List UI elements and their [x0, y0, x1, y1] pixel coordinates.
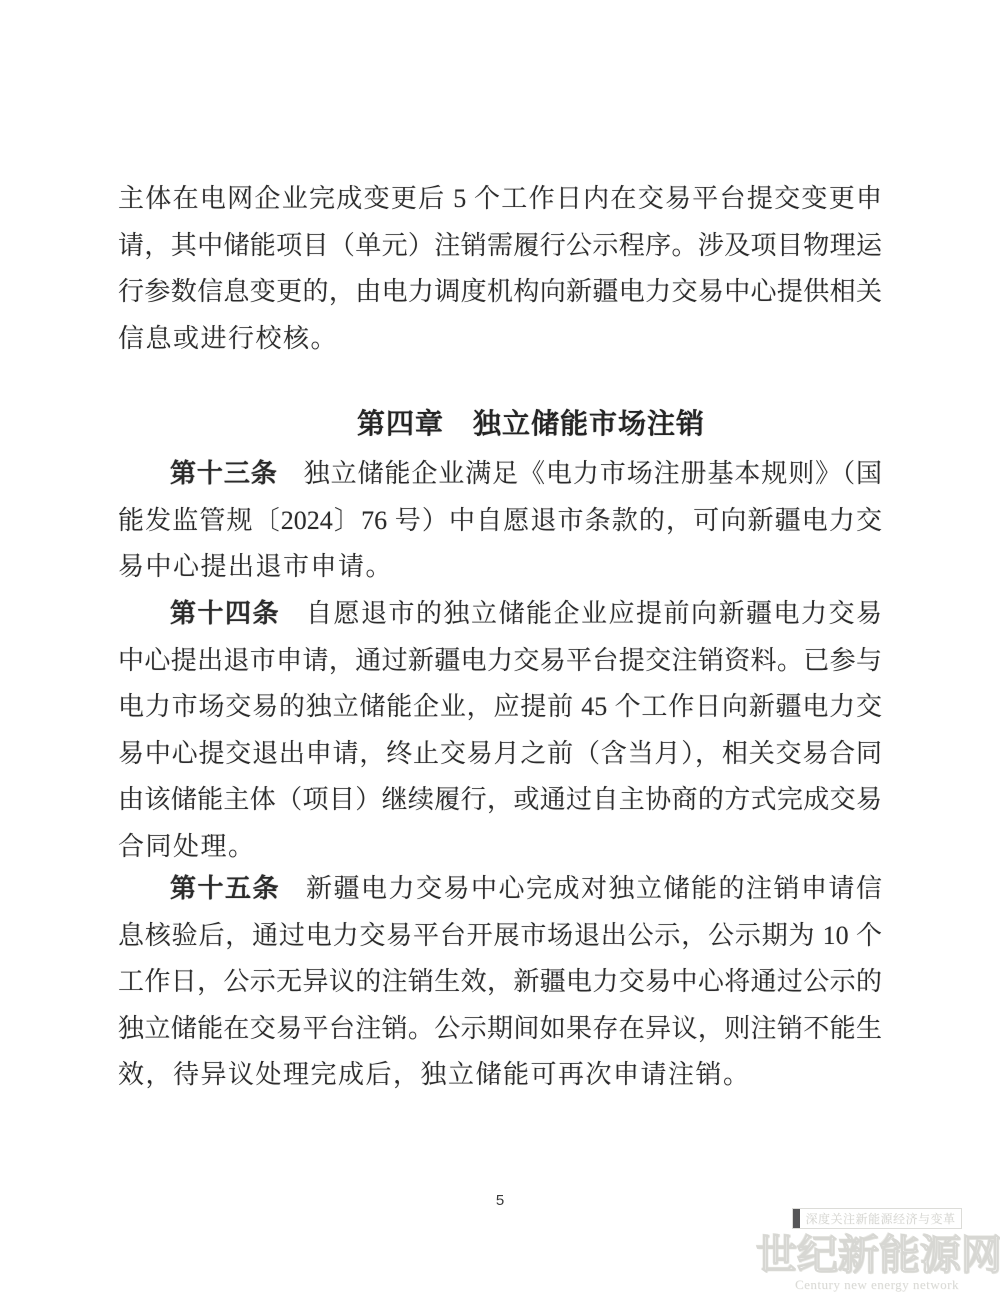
paragraph-text: 新疆电力交易中心完成对独立储能的注销申请信: [306, 874, 882, 903]
paragraph-article-14: 第十四条自愿退市的独立储能企业应提前向新疆电力交易 中心提出退市申请，通过新疆电…: [118, 591, 882, 870]
paragraph-article-13: 第十三条独立储能企业满足《电力市场注册基本规则》（国 能发监管规〔2024〕76…: [118, 451, 882, 591]
chapter-heading: 第四章 独立储能市场注销: [118, 400, 882, 447]
paragraph-line: 信息或进行校核。: [118, 316, 882, 363]
paragraph-line: 电力市场交易的独立储能企业，应提前 45 个工作日向新疆电力交: [118, 684, 882, 731]
paragraph-line: 工作日，公示无异议的注销生效，新疆电力交易中心将通过公示的: [118, 959, 882, 1006]
paragraph-continuation: 主体在电网企业完成变更后 5 个工作日内在交易平台提交变更申 请，其中储能项目（…: [118, 176, 882, 362]
paragraph-line: 请，其中储能项目（单元）注销需履行公示程序。涉及项目物理运: [118, 223, 882, 270]
paragraph-line: 易中心提交退出申请，终止交易月之前（含当月），相关交易合同: [118, 731, 882, 778]
paragraph-line: 易中心提出退市申请。: [118, 544, 882, 591]
paragraph-line: 中心提出退市申请，通过新疆电力交易平台提交注销资料。已参与: [118, 638, 882, 685]
watermark: 深度关注新能源经济与变革 世纪新能源网 Century new energy n…: [756, 1208, 998, 1292]
paragraph-line: 行参数信息变更的，由电力调度机构向新疆电力交易中心提供相关: [118, 269, 882, 316]
paragraph-line: 由该储能主体（项目）继续履行，或通过自主协商的方式完成交易: [118, 777, 882, 824]
watermark-slogan-bar: 深度关注新能源经济与变革: [792, 1208, 961, 1229]
paragraph-article-15: 第十五条新疆电力交易中心完成对独立储能的注销申请信 息核验后，通过电力交易平台开…: [118, 866, 882, 1099]
article-term: 第十五条: [170, 874, 280, 903]
article-term: 第十四条: [170, 599, 280, 628]
watermark-title: 世纪新能源网: [756, 1233, 998, 1277]
paragraph-line: 效，待异议处理完成后，独立储能可再次申请注销。: [118, 1052, 882, 1099]
paragraph-line: 合同处理。: [118, 824, 882, 871]
watermark-accent-block: [793, 1209, 800, 1228]
paragraph-text: 独立储能企业满足《电力市场注册基本规则》（国: [304, 459, 882, 488]
watermark-slogan: 深度关注新能源经济与变革: [805, 1210, 955, 1227]
paragraph-line: 息核验后，通过电力交易平台开展市场退出公示，公示期为 10 个: [118, 913, 882, 960]
paragraph-line: 主体在电网企业完成变更后 5 个工作日内在交易平台提交变更申: [118, 176, 882, 223]
paragraph-line: 独立储能在交易平台注销。公示期间如果存在异议，则注销不能生: [118, 1006, 882, 1053]
paragraph-line: 能发监管规〔2024〕76 号）中自愿退市条款的，可向新疆电力交: [118, 498, 882, 545]
paragraph-line: 第十三条独立储能企业满足《电力市场注册基本规则》（国: [118, 451, 882, 498]
document-page: 主体在电网企业完成变更后 5 个工作日内在交易平台提交变更申 请，其中储能项目（…: [0, 0, 1000, 1294]
paragraph-text: 自愿退市的独立储能企业应提前向新疆电力交易: [306, 599, 882, 628]
page-number: 5: [118, 1192, 882, 1209]
paragraph-line: 第十五条新疆电力交易中心完成对独立储能的注销申请信: [118, 866, 882, 913]
watermark-subtitle: Century new energy network: [756, 1277, 998, 1292]
paragraph-line: 第十四条自愿退市的独立储能企业应提前向新疆电力交易: [118, 591, 882, 638]
article-term: 第十三条: [170, 459, 278, 488]
